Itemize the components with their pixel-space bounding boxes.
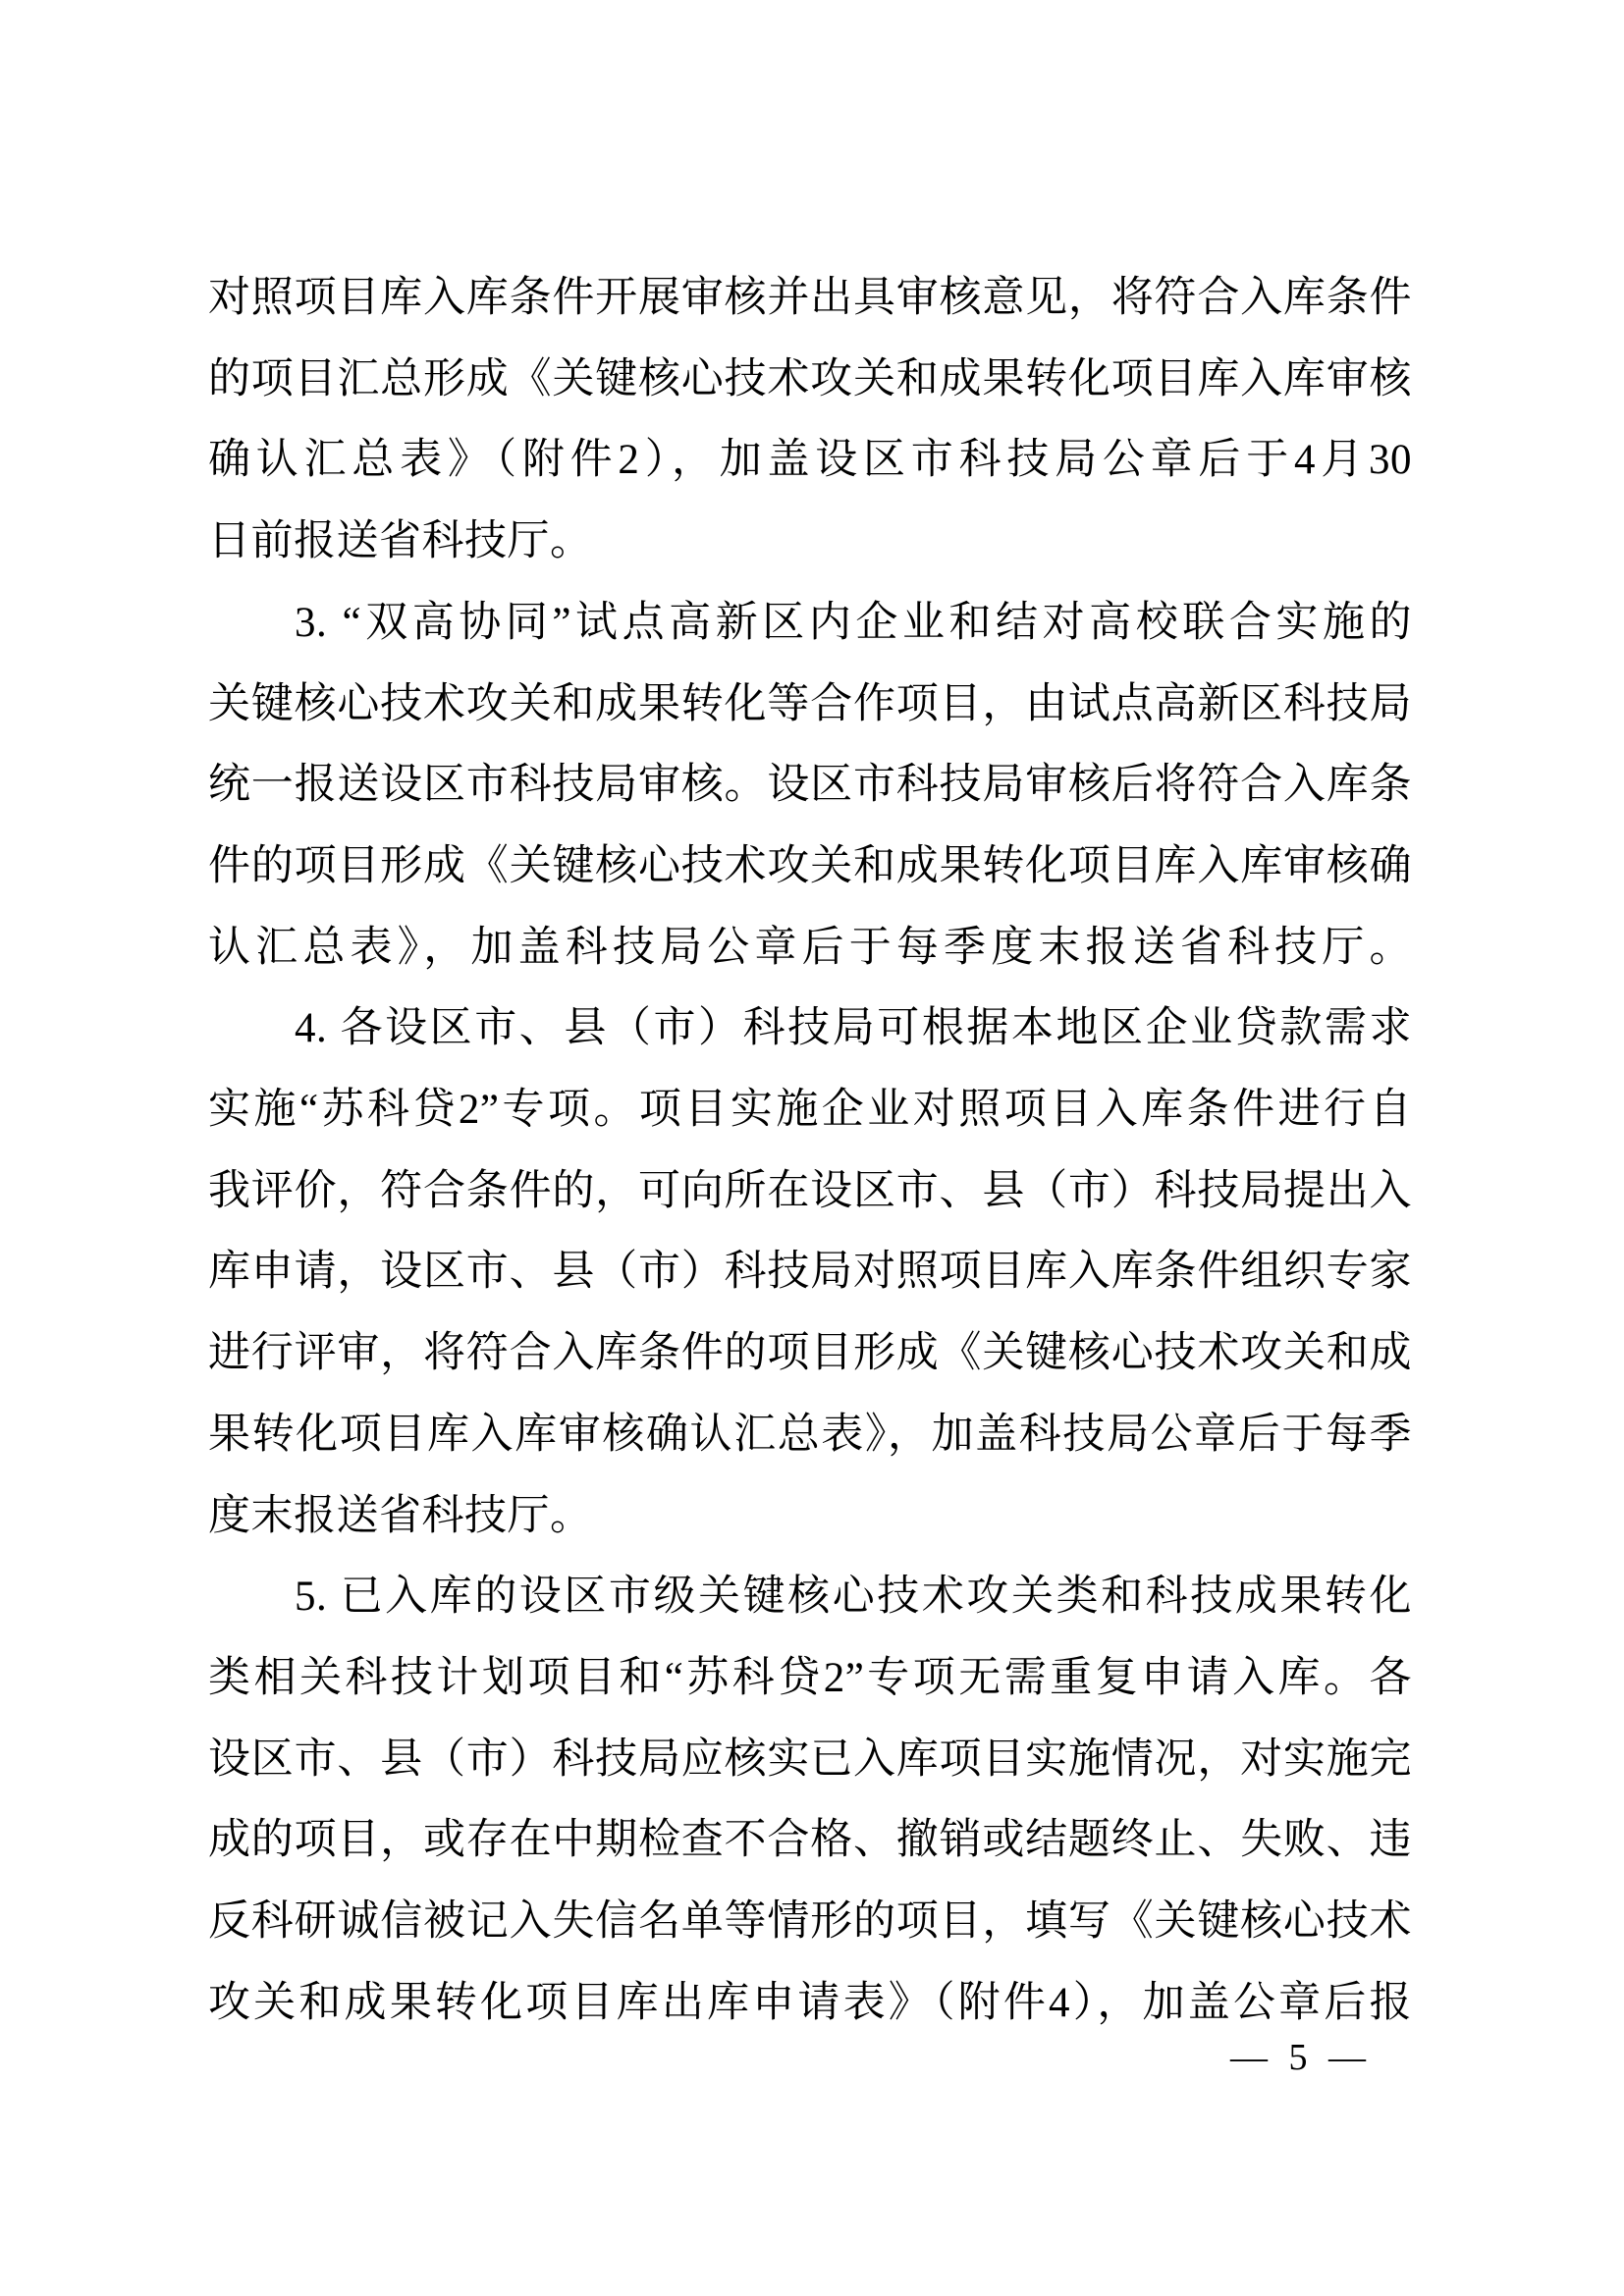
document-page: 对照项目库入库条件开展审核并出具审核意见，将符合入库条件的项目汇总形成《关键核心…	[0, 0, 1624, 2296]
document-body: 对照项目库入库条件开展审核并出具审核意见，将符合入库条件的项目汇总形成《关键核心…	[208, 258, 1412, 2044]
text-line: 确认汇总表》（附件2），加盖设区市科技局公章后于4月30	[208, 420, 1412, 502]
text-line: 库申请，设区市、县（市）科技局对照项目库入库条件组织专家	[208, 1232, 1412, 1313]
text-line: 攻关和成果转化项目库出库申请表》（附件4），加盖公章后报	[208, 1963, 1412, 2045]
text-line: 度末报送省科技厅。	[208, 1476, 1412, 1558]
text-line: 实施“苏科贷2”专项。项目实施企业对照项目入库条件进行自	[208, 1070, 1412, 1151]
text-line: 统一报送设区市科技局审核。设区市科技局审核后将符合入库条	[208, 745, 1412, 827]
text-line: 日前报送省科技厅。	[208, 502, 1412, 583]
text-line: 果转化项目库入库审核确认汇总表》，加盖科技局公章后于每季	[208, 1395, 1412, 1476]
text-line: 关键核心技术攻关和成果转化等合作项目，由试点高新区科技局	[208, 665, 1412, 746]
text-line: 我评价，符合条件的，可向所在设区市、县（市）科技局提出入	[208, 1151, 1412, 1233]
text-line: 4. 各设区市、县（市）科技局可根据本地区企业贷款需求	[208, 988, 1412, 1070]
text-line: 反科研诚信被记入失信名单等情形的项目，填写《关键核心技术	[208, 1882, 1412, 1963]
text-line: 成的项目，或存在中期检查不合格、撤销或结题终止、失败、违	[208, 1800, 1412, 1882]
text-line: 3. “双高协同”试点高新区内企业和结对高校联合实施的	[208, 583, 1412, 665]
text-line: 进行评审，将符合入库条件的项目形成《关键核心技术攻关和成	[208, 1313, 1412, 1395]
text-line: 认汇总表》，加盖科技局公章后于每季度末报送省科技厅。	[208, 908, 1412, 989]
text-line: 的项目汇总形成《关键核心技术攻关和成果转化项目库入库审核	[208, 340, 1412, 421]
text-line: 设区市、县（市）科技局应核实已入库项目实施情况，对实施完	[208, 1720, 1412, 1801]
text-line: 类相关科技计划项目和“苏科贷2”专项无需重复申请入库。各	[208, 1638, 1412, 1720]
page-number: — 5 —	[1230, 2034, 1372, 2081]
text-line: 件的项目形成《关键核心技术攻关和成果转化项目库入库审核确	[208, 827, 1412, 908]
text-line: 5. 已入库的设区市级关键核心技术攻关类和科技成果转化	[208, 1557, 1412, 1638]
text-line: 对照项目库入库条件开展审核并出具审核意见，将符合入库条件	[208, 258, 1412, 340]
